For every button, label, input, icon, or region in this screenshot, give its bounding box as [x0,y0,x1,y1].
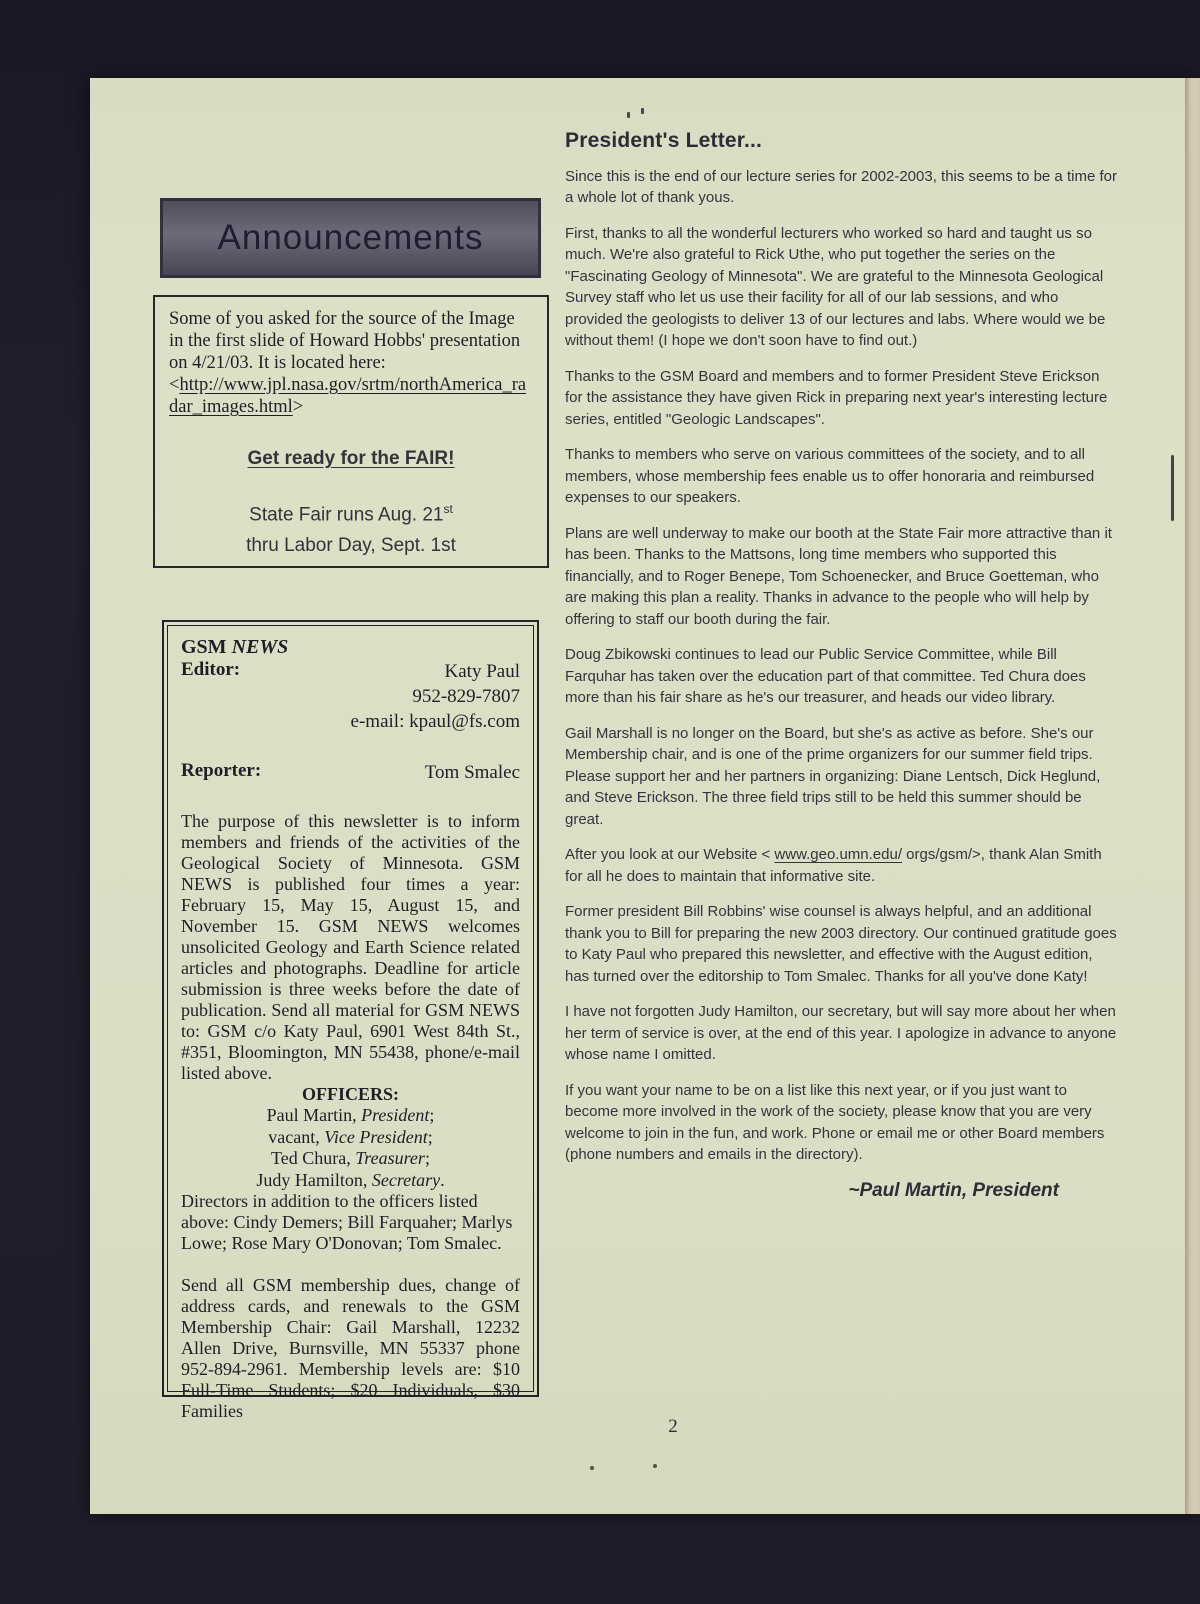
letter-paragraph: Since this is the end of our lecture ser… [565,166,1117,209]
letter-paragraph: Gail Marshall is no longer on the Board,… [565,723,1117,831]
officers-heading: OFFICERS: [181,1084,520,1105]
reporter-name: Tom Smalec [425,760,520,785]
reporter-row: Reporter: Tom Smalec [181,760,520,785]
officer-sep: ; [428,1127,433,1147]
letter-paragraph: Thanks to members who serve on various c… [565,444,1117,509]
website-url: www.geo.umn.edu/ [774,846,902,863]
letter-paragraph: I have not forgotten Judy Hamilton, our … [565,1001,1117,1066]
newsletter-purpose: The purpose of this newsletter is to inf… [181,811,520,1084]
officer-line: Judy Hamilton, Secretary. [181,1170,520,1192]
officer-name: Paul Martin, [267,1105,362,1125]
scan-artifact-line [1171,455,1174,521]
announcement-url-line1: http://www.jpl.nasa.gov/srtm/northAmeric… [179,375,502,395]
officer-line: vacant, Vice President; [181,1127,520,1149]
masthead-box: GSM NEWS Editor: Katy Paul 952-829-7807 … [162,620,539,1397]
announcements-banner: Announcements [160,198,541,278]
officer-role: Vice President [324,1127,427,1147]
officer-role: Treasurer [355,1148,425,1168]
page-number: 2 [663,1416,683,1438]
officer-name: Ted Chura, [271,1148,355,1168]
editor-name: Katy Paul [445,661,520,682]
editor-label: Editor: [181,659,240,734]
officer-role: President [361,1105,429,1125]
letter-title: President's Letter... [565,130,1117,152]
officer-role: Secretary [372,1170,440,1190]
masthead-title-gsm: GSM [181,636,232,658]
announcements-banner-title: Announcements [218,218,484,258]
letter-paragraph: Plans are well underway to make our boot… [565,523,1117,631]
letter-paragraph: Former president Bill Robbins' wise coun… [565,901,1117,987]
website-text-pre: After you look at our Website < [565,846,774,863]
scan-speck [653,1464,657,1468]
editor-phone: 952-829-7807 [412,686,520,707]
announcement-source-note: Some of you asked for the source of the … [169,308,533,418]
letter-signature: ~Paul Martin, President [565,1180,1117,1202]
announcement-box: Some of you asked for the source of the … [153,295,549,568]
officer-line: Paul Martin, President; [181,1105,520,1127]
editor-email: e-mail: kpaul@fs.com [351,711,520,732]
fair-dates-line2: thru Labor Day, Sept. 1st [169,530,533,561]
fair-heading: Get ready for the FAIR! [169,448,533,470]
letter-paragraph: Thanks to the GSM Board and members and … [565,366,1117,431]
editor-contact: Katy Paul 952-829-7807 e-mail: kpaul@fs.… [351,659,520,734]
announcement-text-end: > [293,397,303,417]
fair-dates: State Fair runs Aug. 21st thru Labor Day… [169,494,533,561]
editor-row: Editor: Katy Paul 952-829-7807 e-mail: k… [181,659,520,734]
officer-sep: . [440,1170,445,1190]
directors-list: Directors in addition to the officers li… [181,1191,520,1254]
fair-dates-line1-ordinal: st [444,502,453,516]
officer-name: Judy Hamilton, [256,1170,372,1190]
scan-speck [627,112,630,118]
scan-speck [590,1466,594,1470]
letter-paragraph: First, thanks to all the wonderful lectu… [565,223,1117,352]
officer-sep: ; [429,1105,434,1125]
scan-speck [641,108,644,114]
masthead-title-news: NEWS [232,636,289,658]
masthead-box-inner: GSM NEWS Editor: Katy Paul 952-829-7807 … [167,625,534,1392]
fair-dates-line1: State Fair runs Aug. 21st [169,494,533,530]
newsletter-page: Announcements Some of you asked for the … [90,78,1200,1514]
letter-paragraph-website: After you look at our Website < www.geo.… [565,844,1117,887]
fair-dates-line1-text: State Fair runs Aug. 21 [249,504,443,525]
officer-name: vacant, [268,1127,324,1147]
page-curl-edge [1185,78,1200,1514]
letter-paragraph: Doug Zbikowski continues to lead our Pub… [565,644,1117,709]
membership-info: Send all GSM membership dues, change of … [181,1275,520,1422]
officer-sep: ; [425,1148,430,1168]
masthead-title: GSM NEWS [181,636,520,659]
officer-line: Ted Chura, Treasurer; [181,1148,520,1170]
presidents-letter: President's Letter... Since this is the … [565,130,1117,1201]
reporter-label: Reporter: [181,760,261,785]
letter-paragraph: If you want your name to be on a list li… [565,1080,1117,1166]
